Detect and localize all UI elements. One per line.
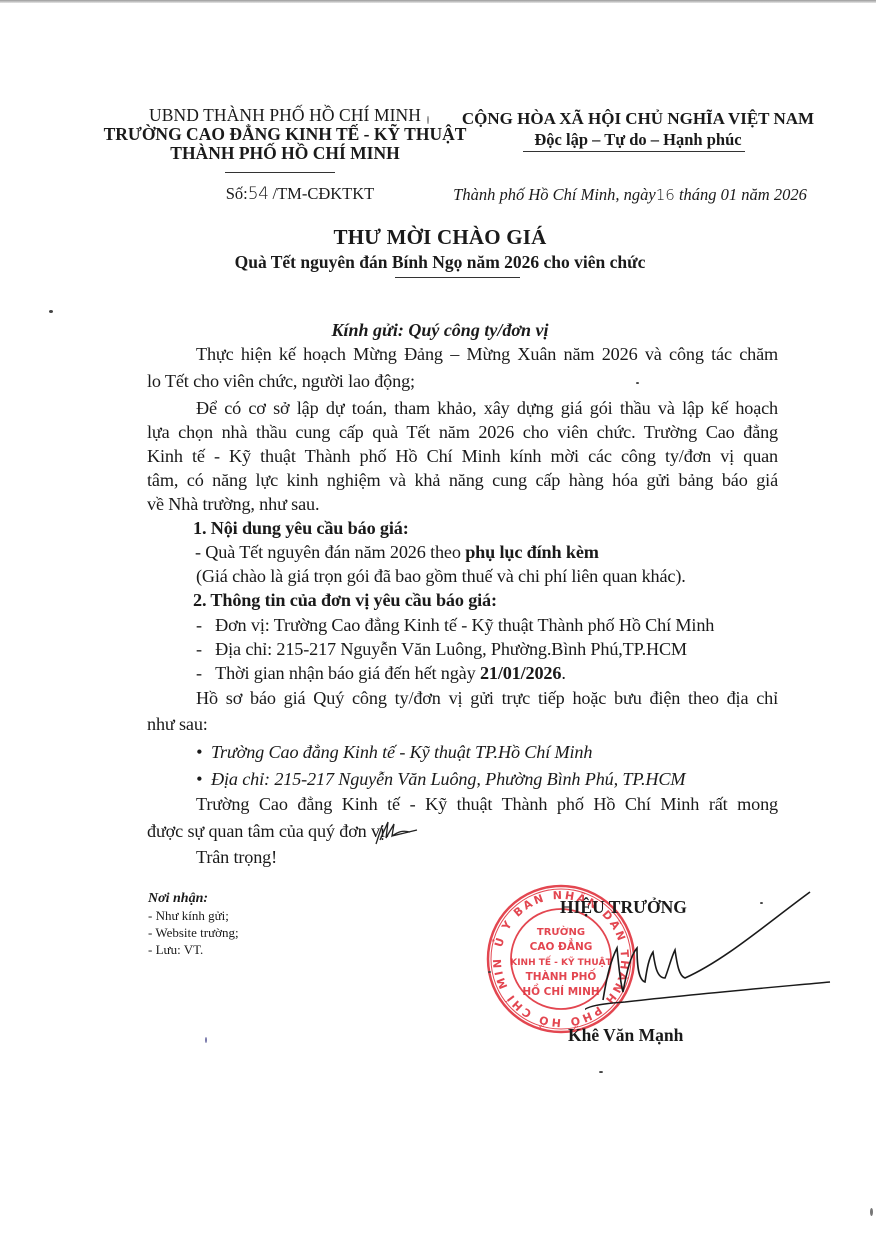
- scan-speck: [205, 1037, 207, 1043]
- bullet-school: • Trường Cao đẳng Kinh tế - Kỹ thuật TP.…: [196, 742, 592, 763]
- section1-note: (Giá chào là giá trọn gói đã bao gồm thu…: [196, 566, 686, 587]
- para3-line2: như sau:: [147, 714, 208, 735]
- place-date-prefix: Thành phố Hồ Chí Minh, ngày: [453, 185, 656, 204]
- para1-line2: lo Tết cho viên chức, người lao động;: [147, 371, 415, 392]
- para2-line3: Kinh tế - Kỹ thuật Thành phố Hồ Chí Minh…: [147, 446, 778, 467]
- signer-name: Khê Văn Mạnh: [568, 1025, 683, 1046]
- authority-line-3: THÀNH PHỐ HỒ CHÍ MINH: [95, 144, 475, 163]
- section1-item: - Quà Tết nguyên đán năm 2026 theo phụ l…: [195, 542, 599, 563]
- greeting: Kính gửi: Quý công ty/đơn vị: [150, 320, 730, 341]
- recipient-item: - Lưu: VT.: [148, 941, 239, 958]
- document-subtitle: Quà Tết nguyên đán Bính Ngọ năm 2026 cho…: [150, 252, 730, 273]
- section2-item-deadline: - Thời gian nhận báo giá đến hết ngày 21…: [196, 663, 566, 684]
- para3-line1: Hồ sơ báo giá Quý công ty/đơn vị gửi trự…: [196, 688, 778, 709]
- attachment-reference: phụ lục đính kèm: [465, 542, 599, 562]
- authority-underline: [225, 172, 335, 173]
- bullet-address-text: Địa chỉ: 215-217 Nguyễn Văn Luông, Phườn…: [211, 769, 685, 789]
- recipient-item: - Website trường;: [148, 924, 239, 941]
- para1-line1: Thực hiện kế hoạch Mừng Đảng – Mừng Xuân…: [196, 344, 778, 365]
- closing: Trân trọng!: [196, 847, 277, 868]
- para2-line1: Để có cơ sở lập dự toán, tham khảo, xây …: [196, 398, 778, 419]
- scan-speck: [760, 902, 763, 904]
- issuing-authority: UBND THÀNH PHỐ HỒ CHÍ MINH TRƯỜNG CAO ĐẲ…: [95, 106, 475, 163]
- motto: Độc lập – Tự do – Hạnh phúc: [448, 129, 828, 150]
- section2-item-unit: - Đơn vị: Trường Cao đẳng Kinh tế - Kỹ t…: [196, 615, 714, 636]
- country-name: CỘNG HÒA XÃ HỘI CHỦ NGHĨA VIỆT NAM: [448, 108, 828, 129]
- document-number: Số:54 /TM-CĐKTKT: [150, 184, 450, 204]
- place-and-date: Thành phố Hồ Chí Minh, ngày16 tháng 01 n…: [440, 185, 820, 205]
- initials-mark: [372, 818, 457, 846]
- handwritten-signature: [585, 880, 835, 1030]
- para4-line2: được sự quan tâm của quý đơn vị.: [147, 821, 389, 842]
- recipients-heading: Nơi nhận:: [148, 890, 239, 907]
- svg-text:TRƯỜNG: TRƯỜNG: [537, 925, 585, 938]
- bullet-address: • Địa chỉ: 215-217 Nguyễn Văn Luông, Phư…: [196, 769, 685, 790]
- para2-line2: lựa chọn nhà thầu cung cấp quà Tết năm 2…: [147, 422, 778, 443]
- deadline-period: .: [561, 663, 565, 683]
- authority-line-2: TRƯỜNG CAO ĐẲNG KINH TẾ - KỸ THUẬT: [95, 125, 475, 144]
- section1-heading: 1. Nội dung yêu cầu báo giá:: [193, 518, 409, 539]
- document-title: THƯ MỜI CHÀO GIÁ: [150, 225, 730, 250]
- scan-speck: [49, 310, 53, 313]
- recipients-block: Nơi nhận: - Như kính gửi; - Website trườ…: [148, 890, 239, 958]
- scan-speck: [636, 382, 639, 384]
- doc-number-value: 54: [248, 184, 269, 204]
- motto-underline: [523, 151, 745, 152]
- doc-number-prefix: Số:: [226, 184, 248, 203]
- section2-heading: 2. Thông tin của đơn vị yêu cầu báo giá:: [193, 590, 497, 611]
- scan-edge: [0, 0, 876, 3]
- deadline-label: Thời gian nhận báo giá đến hết ngày: [215, 663, 480, 683]
- para2-line5: về Nhà trường, như sau.: [147, 494, 319, 515]
- unit-text: Đơn vị: Trường Cao đẳng Kinh tế - Kỹ thu…: [215, 615, 714, 635]
- section2-item-address: - Địa chỉ: 215-217 Nguyễn Văn Luông, Phư…: [196, 639, 687, 660]
- para4-line1: Trường Cao đẳng Kinh tế - Kỹ thuật Thành…: [196, 794, 778, 815]
- svg-text:CAO ĐẲNG: CAO ĐẲNG: [530, 938, 593, 953]
- scan-speck: [427, 116, 429, 124]
- handwritten-day: 16: [656, 186, 675, 204]
- deadline-date: 21/01/2026: [480, 663, 561, 683]
- place-date-suffix: tháng 01 năm 2026: [675, 185, 807, 204]
- recipient-item: - Như kính gửi;: [148, 907, 239, 924]
- scan-speck: [488, 971, 491, 973]
- scan-speck: [870, 1208, 873, 1216]
- address-text: Địa chỉ: 215-217 Nguyễn Văn Luông, Phườn…: [215, 639, 687, 659]
- doc-number-suffix: /TM-CĐKTKT: [268, 184, 374, 203]
- scan-speck: [599, 1071, 603, 1073]
- authority-line-1: UBND THÀNH PHỐ HỒ CHÍ MINH: [95, 106, 475, 125]
- section1-item-text: - Quà Tết nguyên đán năm 2026 theo: [195, 542, 465, 562]
- bullet-school-text: Trường Cao đẳng Kinh tế - Kỹ thuật TP.Hồ…: [211, 742, 592, 762]
- title-underline: [395, 277, 520, 278]
- para2-line4: tâm, có năng lực kinh nghiệm và khả năng…: [147, 470, 778, 491]
- national-motto: CỘNG HÒA XÃ HỘI CHỦ NGHĨA VIỆT NAM Độc l…: [448, 108, 828, 150]
